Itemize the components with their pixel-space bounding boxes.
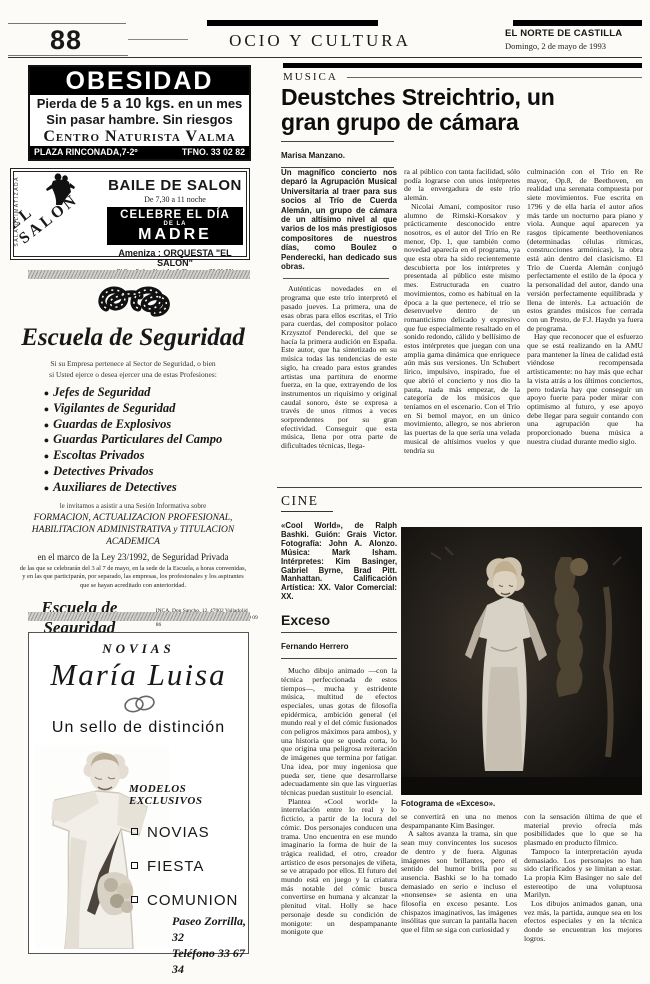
musica-lead: Un magnífico concierto nos deparó la Agr… xyxy=(281,168,397,271)
ad-novias-phone: Teléfono 33 67 34 xyxy=(172,945,248,977)
list-item: COMUNION xyxy=(129,892,245,909)
novias-item-label: COMUNION xyxy=(147,892,238,909)
cine-column-1: CINE «Cool World», de Ralph Bashki. Guió… xyxy=(281,492,397,958)
ad-baile-inner: SALA CLIMATIZADA EL SALON BAILE DE SALON… xyxy=(13,171,247,257)
musica-kicker: MUSICA xyxy=(283,71,338,83)
photo-caption: Fotograma de «Exceso». xyxy=(401,799,495,808)
newspaper-page: 88 OCIO Y CULTURA EL NORTE DE CASTILLA D… xyxy=(0,0,650,984)
ad-novias-models-title: MODELOS EXCLUSIVOS xyxy=(129,783,245,807)
ad-obesidad-phone: TFNO. 33 02 82 xyxy=(182,146,245,159)
ad-obesidad-line1: Pierda de 5 a 10 kgs. en un mes xyxy=(30,96,249,112)
ad-baile-title: BAILE DE SALON xyxy=(104,177,246,194)
bullet-icon: ● xyxy=(44,435,49,445)
ad-escuela-topics-line2: HABILITACION ADMINISTRATIVA y TITULACION… xyxy=(8,524,258,548)
page-number: 88 xyxy=(50,25,82,56)
cine-credits: «Cool World», de Ralph Bashki. Guión: Gr… xyxy=(281,522,397,602)
ad-obesidad-brand: Centro Naturista Valma xyxy=(30,128,249,146)
musica-column-2: ra al público con tanta facilidad, sólo … xyxy=(404,168,520,484)
ad-maria-luisa: NOVIAS María Luisa Un sello de distinció… xyxy=(28,632,249,954)
article-paragraph: con la sensación última de que el materi… xyxy=(524,813,642,848)
article-paragraph: Hay que reconocer que el esfuerzo que se… xyxy=(527,333,643,446)
article-paragraph: Plantea «Cool world» la interrelación en… xyxy=(281,798,397,937)
list-item: ●Jefes de Seguridad xyxy=(44,385,223,401)
musica-byline-box: Marisa Manzano. xyxy=(281,141,394,168)
ad-baile-highlight-line3: MADRE xyxy=(107,227,243,242)
film-still-image xyxy=(401,527,642,795)
profession-label: Vigilantes de Seguridad xyxy=(53,401,175,415)
ad-baile-logo: EL SALON xyxy=(14,172,104,256)
ad-obesidad-lines: Pierda de 5 a 10 kgs. en un mes Sin pasa… xyxy=(30,95,249,128)
ad-obesidad-title: OBESIDAD xyxy=(30,67,249,95)
newspaper-masthead: EL NORTE DE CASTILLA xyxy=(505,28,622,39)
novias-item-label: NOVIAS xyxy=(147,824,210,841)
ad-escuela-details-line2: y en las que participarán, por separado,… xyxy=(8,573,258,581)
musica-columns: Un magnífico concierto nos deparó la Agr… xyxy=(281,168,643,484)
ad-escuela-topics-line1: FORMACION, ACTUALIZACION PROFESIONAL, xyxy=(8,512,258,524)
section-title: OCIO Y CULTURA xyxy=(170,31,470,51)
profession-label: Guardas Particulares del Campo xyxy=(53,432,222,446)
novias-item-label: FIESTA xyxy=(147,858,204,875)
bullet-icon: ● xyxy=(44,483,49,493)
article-paragraph: Los dibujos animados ganan, una vez más,… xyxy=(524,900,642,944)
section-divider xyxy=(277,487,642,488)
list-item: FIESTA xyxy=(129,858,245,875)
cine-byline: Fernando Herrero xyxy=(281,642,349,651)
article-paragraph: ra al público con tanta facilidad, sólo … xyxy=(404,168,520,203)
musica-kicker-bar xyxy=(283,63,642,68)
wedding-rings-icon xyxy=(29,693,248,715)
divider-textured xyxy=(28,270,250,279)
profession-label: Detectives Privados xyxy=(53,464,153,478)
edition-date: Domingo, 2 de mayo de 1993 xyxy=(505,41,606,51)
bullet-icon: ● xyxy=(44,467,49,477)
cine-byline-box: Fernando Herrero xyxy=(281,632,397,659)
ad-novias-list: MODELOS EXCLUSIVOS NOVIAS FIESTA COMUNIO… xyxy=(129,783,245,909)
ad-escuela-law: en el marco de la Ley 23/1992, de Seguri… xyxy=(8,552,258,562)
profession-label: Auxiliares de Detectives xyxy=(53,480,177,494)
ad-obesidad-line2: Sin pasar hambre. Sin riesgos xyxy=(30,112,249,128)
ad-escuela-intro-line2: si Usted ejerce o desea ejercer una de e… xyxy=(8,369,258,380)
ad-baile-content: BAILE DE SALON De 7,30 a 11 noche CELEBR… xyxy=(104,172,246,256)
list-item: ●Escoltas Privados xyxy=(44,448,223,464)
divider xyxy=(283,278,389,279)
cine-column-3: con la sensación última de que el materi… xyxy=(524,813,642,963)
ad-obesidad-line1c: en un mes xyxy=(174,96,242,111)
square-bullet-icon xyxy=(131,896,138,903)
divider xyxy=(8,23,126,24)
ad-escuela-intro: Si su Empresa pertenece al Sector de Seg… xyxy=(8,358,258,380)
profession-label: Guardas de Explosivos xyxy=(53,417,171,431)
list-item: ●Detectives Privados xyxy=(44,464,223,480)
ad-escuela-intro-line1: Si su Empresa pertenece al Sector de Seg… xyxy=(8,358,258,369)
cine-kicker: CINE xyxy=(281,493,333,512)
ad-escuela-invite: le invitamos a asistir a una Sesión Info… xyxy=(8,502,258,510)
bullet-icon: ● xyxy=(44,420,49,430)
list-item: ●Auxiliares de Detectives xyxy=(44,480,223,496)
divider xyxy=(128,39,188,40)
ad-baile-band: Ameniza : ORQUESTA "EL SALON" xyxy=(104,248,246,268)
ad-escuela-topics: FORMACION, ACTUALIZACION PROFESIONAL, HA… xyxy=(8,512,258,548)
bullet-icon: ● xyxy=(44,388,49,398)
article-paragraph: Auténticas novedades en el programa que … xyxy=(281,285,397,450)
article-paragraph: Mucho dibujo animado —con la técnica per… xyxy=(281,667,397,798)
header-rule xyxy=(8,57,642,58)
musica-headline-line2: gran grupo de cámara xyxy=(281,110,643,135)
profession-label: Jefes de Seguridad xyxy=(53,385,150,399)
ad-obesidad-line1a: Pierda xyxy=(37,96,80,111)
musica-column-3: culminación con el Trío en Re mayor, Op.… xyxy=(527,168,643,484)
article-paragraph: Tampoco la interpretación ayuda demasiad… xyxy=(524,848,642,900)
list-item: ●Guardas de Explosivos xyxy=(44,417,223,433)
musica-headline-line1: Deustches Streichtrio, un xyxy=(281,85,643,110)
list-item: ●Vigilantes de Seguridad xyxy=(44,401,223,417)
ad-obesidad-footer: PLAZA RINCONADA,7-2º TFNO. 33 02 82 xyxy=(30,146,249,159)
bullet-icon: ● xyxy=(44,451,49,461)
profession-label: Escoltas Privados xyxy=(53,448,144,462)
ad-baile-brand: EL SALON xyxy=(14,172,96,248)
ad-escuela-details: de las que se celebrarán del 3 al 7 de m… xyxy=(8,565,258,590)
ad-novias-kicker: NOVIAS xyxy=(29,633,248,657)
header-bar-right xyxy=(513,20,642,26)
article-paragraph: culminación con el Trío en Re mayor, Op.… xyxy=(527,168,643,333)
musica-headline: Deustches Streichtrio, un gran grupo de … xyxy=(281,85,643,135)
musica-column-1: Un magnífico concierto nos deparó la Agr… xyxy=(281,168,397,484)
divider xyxy=(347,77,642,78)
list-item: NOVIAS xyxy=(129,824,245,841)
cine-column-2: se convertirá en una no menos despampana… xyxy=(401,813,517,961)
article-paragraph: A saltos avanza la trama, sin que sean m… xyxy=(401,830,517,934)
square-bullet-icon xyxy=(131,828,138,835)
divider xyxy=(8,55,128,56)
article-paragraph: Nicolai Amani, compositor ruso alumno de… xyxy=(404,203,520,455)
rope-knot-logo-icon xyxy=(94,282,172,320)
list-item: ●Guardas Particulares del Campo xyxy=(44,432,223,448)
ad-escuela-details-line3: que se hayan acreditado con anterioridad… xyxy=(8,582,258,590)
divider-textured xyxy=(28,612,250,621)
ad-obesidad-address: PLAZA RINCONADA,7-2º xyxy=(34,146,138,159)
ad-escuela-title: Escuela de Seguridad xyxy=(8,325,258,351)
ad-novias-slogan: Un sello de distinción xyxy=(29,719,248,737)
ad-novias-brand: María Luisa xyxy=(29,657,248,693)
bullet-icon: ● xyxy=(44,404,49,414)
ad-novias-street: Paseo Zorrilla, 32 xyxy=(172,913,248,945)
header-bar-left xyxy=(207,20,378,26)
ad-baile-schedule: De 7,30 a 11 noche xyxy=(104,195,246,204)
ad-escuela-seguridad: Escuela de Seguridad Si su Empresa perte… xyxy=(8,282,258,638)
ad-obesidad-line1b: de 5 a 10 kgs. xyxy=(80,96,174,112)
ad-baile-highlight: CELEBRE EL DÍA DE LA MADRE xyxy=(107,207,243,245)
ad-baile-de-salon: SALA CLIMATIZADA EL SALON BAILE DE SALON… xyxy=(10,168,250,260)
ad-novias-address: Paseo Zorrilla, 32 Teléfono 33 67 34 xyxy=(172,913,248,977)
ad-obesidad: OBESIDAD Pierda de 5 a 10 kgs. en un mes… xyxy=(28,65,251,161)
cine-review-title: Exceso xyxy=(281,612,397,628)
ad-escuela-professions: ●Jefes de Seguridad ●Vigilantes de Segur… xyxy=(44,385,223,496)
square-bullet-icon xyxy=(131,862,138,869)
ad-baile-highlight-line1: CELEBRE EL DÍA xyxy=(107,209,243,221)
musica-byline: Marisa Manzano. xyxy=(281,151,345,160)
article-paragraph: se convertirá en una no menos despampana… xyxy=(401,813,517,830)
ad-escuela-details-line1: de las que se celebrarán del 3 al 7 de m… xyxy=(8,565,258,573)
